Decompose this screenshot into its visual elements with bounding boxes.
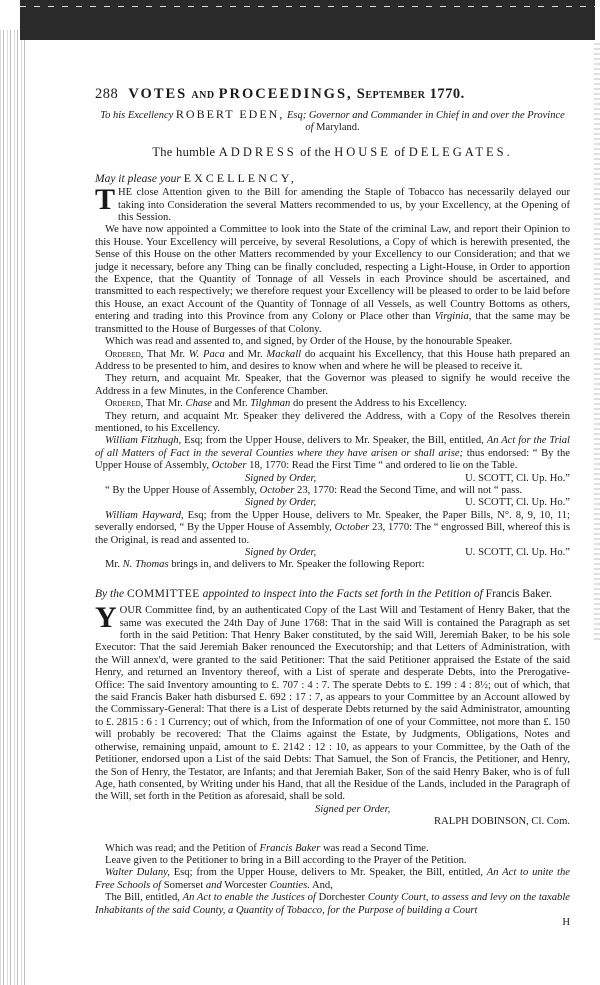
title-address: ADDRESS bbox=[219, 145, 297, 159]
text: was read a Second Time. bbox=[323, 843, 429, 854]
text: 23, 1770: Read the Second Time, and will… bbox=[297, 485, 522, 496]
drop-cap: T bbox=[95, 188, 115, 212]
person-name: N. Thomas bbox=[123, 559, 169, 570]
address-title: The humble ADDRESS of the HOUSE of DELEG… bbox=[95, 146, 570, 158]
title-and: and bbox=[191, 86, 214, 102]
proceeding-read-assented: Which was read and assented to, and sign… bbox=[95, 336, 570, 348]
title-pre: The humble bbox=[152, 145, 215, 159]
committee-label: COMMITTEE bbox=[127, 588, 200, 600]
proceeding-hayward-bills: William Hayward, Esq; from the Upper Hou… bbox=[95, 510, 570, 547]
signature-block-3: Signed by Order, U. SCOTT, Cl. Up. Ho.” bbox=[95, 547, 570, 559]
person-name: Francis Baker bbox=[259, 843, 320, 854]
committee-signature: Signed per Order, bbox=[95, 804, 570, 816]
recipient-prefix: To his Excellency bbox=[100, 110, 173, 121]
signature-block-2: Signed by Order, U. SCOTT, Cl. Up. Ho.” bbox=[95, 497, 570, 509]
text: That Mr. bbox=[146, 398, 183, 409]
committee-signatory: RALPH DOBINSON, Cl. Com. bbox=[95, 816, 570, 828]
title-proceedings: PROCEEDINGS, bbox=[219, 86, 353, 102]
person-name: William Fitzhugh, bbox=[105, 435, 181, 446]
recipient-name: ROBERT EDEN, bbox=[176, 107, 284, 121]
text: By the bbox=[95, 588, 124, 600]
place-name: Somerset bbox=[164, 880, 203, 891]
act-title: An Act to enable the Justices of bbox=[183, 892, 316, 903]
signatory: U. SCOTT, Cl. Up. Ho.” bbox=[465, 473, 570, 485]
signatory: U. SCOTT, Cl. Up. Ho.” bbox=[465, 547, 570, 559]
title-delegates: DELEGATES. bbox=[409, 145, 513, 159]
scan-top-band bbox=[20, 0, 595, 40]
committee-heading: By the COMMITTEE appointed to inspect in… bbox=[95, 588, 570, 600]
person-name: Chase bbox=[186, 398, 212, 409]
report-text: OUR Committee find, by an authenticated … bbox=[95, 605, 570, 802]
title-votes: VOTES bbox=[128, 86, 187, 102]
text: Esq; from the Upper House, delivers to M… bbox=[184, 435, 484, 446]
proceeding-return-2: They return, and acquaint Mr. Speaker th… bbox=[95, 411, 570, 436]
signed-by-order: Signed by Order, bbox=[245, 497, 316, 509]
title-house: HOUSE bbox=[334, 145, 391, 159]
address-recipient: To his Excellency ROBERT EDEN, Esq; Gove… bbox=[95, 108, 570, 134]
catchword: H bbox=[95, 917, 570, 929]
place-name: Dorchester bbox=[319, 892, 365, 903]
text: Mr. bbox=[105, 559, 120, 570]
proceeding-ordered-1: Ordered, That Mr. W. Paca and Mr. Mackal… bbox=[95, 349, 570, 374]
closing-dorchester-bill: The Bill, entitled, An Act to enable the… bbox=[95, 892, 570, 917]
text: Counties. bbox=[270, 880, 310, 891]
drop-cap: Y bbox=[95, 606, 117, 630]
proceeding-return-1: They return, and acquaint Mr. Speaker, t… bbox=[95, 373, 570, 398]
signatory: U. SCOTT, Cl. Up. Ho.” bbox=[465, 497, 570, 509]
text: “ By the Upper House of Assembly, bbox=[105, 485, 257, 496]
month: October bbox=[335, 522, 370, 533]
address-paragraph-2: We have now appointed a Committee to loo… bbox=[95, 224, 570, 336]
signature-block-1: Signed by Order, U. SCOTT, Cl. Up. Ho.” bbox=[95, 473, 570, 485]
closing-leave: Leave given to the Petitioner to bring i… bbox=[95, 855, 570, 867]
proceeding-ordered-2: Ordered, That Mr. Chase and Mr. Tilghman… bbox=[95, 398, 570, 410]
signed-by-order: Signed by Order, bbox=[245, 547, 316, 559]
paragraph-text: HE close Attention given to the Bill for… bbox=[118, 187, 570, 223]
month: October bbox=[260, 485, 295, 496]
scan-left-edge bbox=[0, 30, 26, 985]
text: That Mr. bbox=[147, 349, 185, 360]
petitioner-name: Francis Baker. bbox=[486, 588, 552, 600]
text: Which was read; and the Petition of bbox=[105, 843, 257, 854]
address-paragraph-1: T HE close Attention given to the Bill f… bbox=[95, 187, 570, 224]
text: The Bill, entitled, bbox=[105, 892, 180, 903]
text: Esq; from the Upper House, delivers to M… bbox=[174, 867, 483, 878]
scan-right-edge bbox=[594, 40, 600, 640]
signed-per-order: Signed per Order, bbox=[315, 804, 390, 816]
text: appointed to inspect into the Facts set … bbox=[203, 588, 483, 600]
running-head: 288 VOTES and PROCEEDINGS, September 177… bbox=[95, 88, 570, 100]
closing-read: Which was read; and the Petition of Fran… bbox=[95, 843, 570, 855]
person-name: W. Paca bbox=[189, 349, 225, 360]
page-number: 288 bbox=[95, 86, 118, 102]
salutation: May it please your EXCELLENCY, bbox=[95, 172, 570, 185]
text: do present the Address to his Excellency… bbox=[293, 398, 467, 409]
recipient-place: Maryland. bbox=[316, 122, 359, 133]
text: and bbox=[206, 880, 222, 891]
month: October bbox=[212, 460, 247, 471]
place-name: Worcester bbox=[224, 880, 267, 891]
text: and Mr. bbox=[229, 349, 263, 360]
title-mid2: of bbox=[394, 145, 405, 159]
spacer bbox=[95, 829, 570, 843]
ordered-label: Ordered, bbox=[105, 398, 143, 409]
person-name: William Hayward, bbox=[105, 510, 184, 521]
document-page: 288 VOTES and PROCEEDINGS, September 177… bbox=[95, 88, 570, 929]
signed-by-order: Signed by Order, bbox=[245, 473, 316, 485]
person-name: Tilghman bbox=[250, 398, 290, 409]
text: and Mr. bbox=[215, 398, 248, 409]
person-name: Mackall bbox=[266, 349, 301, 360]
text: brings in, and delivers to Mr. Speaker t… bbox=[171, 559, 424, 570]
proceeding-second-reading: “ By the Upper House of Assembly, Octobe… bbox=[95, 485, 570, 497]
salutation-pre: May it please your bbox=[95, 173, 181, 185]
closing-dulany-bill: Walter Dulany, Esq; from the Upper House… bbox=[95, 867, 570, 892]
title-mid1: of the bbox=[300, 145, 331, 159]
person-name: Walter Dulany, bbox=[105, 867, 170, 878]
place-virginia: Virginia, bbox=[435, 311, 472, 322]
proceeding-thomas-report: Mr. N. Thomas brings in, and delivers to… bbox=[95, 559, 570, 571]
text: And, bbox=[312, 880, 333, 891]
salutation-excellency: EXCELLENCY, bbox=[184, 171, 297, 185]
proceeding-fitzhugh-bill: William Fitzhugh, Esq; from the Upper Ho… bbox=[95, 435, 570, 472]
paragraph-text: We have now appointed a Committee to loo… bbox=[95, 224, 570, 322]
ordered-label: Ordered, bbox=[105, 349, 143, 360]
title-date: September 1770. bbox=[357, 86, 465, 102]
text: 18, 1770: Read the First Time “ and orde… bbox=[249, 460, 517, 471]
committee-report: Y OUR Committee find, by an authenticate… bbox=[95, 605, 570, 804]
